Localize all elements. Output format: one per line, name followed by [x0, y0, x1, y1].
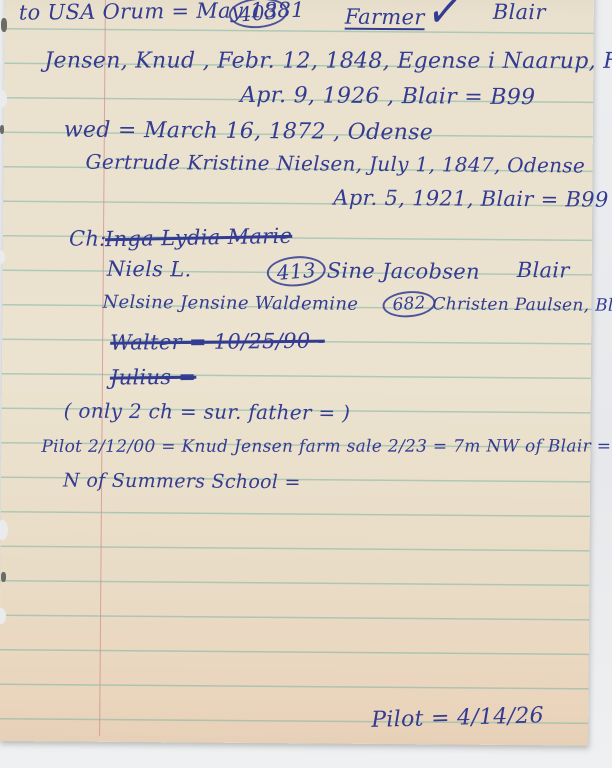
children-label: Ch: [69, 227, 107, 251]
occupation: Farmer [345, 5, 425, 30]
child-struck-walter: Walter = 10/25/90 - [110, 329, 325, 355]
child2-name: Nelsine Jensine Waldemine [102, 292, 358, 315]
record-number-circled: 403 [229, 0, 288, 28]
child1-town: Blair [517, 258, 570, 282]
child1-spouse: Sine Jacobsen [327, 259, 480, 284]
child1-number: 413 [266, 254, 327, 289]
binder-mark [0, 125, 4, 134]
child2-number: 682 [382, 289, 437, 319]
binder-mark [1, 572, 6, 582]
binder-mark [1, 18, 7, 32]
child2-number-circled: 682 [382, 290, 436, 317]
record-number: 403 [228, 0, 289, 30]
ledger-page: to USA Orum = May 1881 403 Farmer ✓ Blai… [0, 0, 594, 746]
child-struck-julius: Julius = [110, 365, 197, 390]
ruled-lines [0, 0, 594, 740]
farm-sale-note-line1: Pilot 2/12/00 = Knud Jensen farm sale 2/… [41, 436, 612, 457]
footer-obituary-note: Pilot = 4/14/26 [371, 703, 544, 733]
child1-number-circled: 413 [267, 256, 326, 286]
child1-name: Niels L. [107, 257, 192, 282]
child-struck-inga: Inga Lydia Marie [105, 224, 293, 251]
spouse-death: Apr. 5, 1921, Blair = B99 [333, 186, 608, 212]
marriage-date: wed = March 16, 1872 , Odense [64, 117, 433, 145]
subject-death: Apr. 9, 1926 , Blair = B99 [240, 83, 535, 110]
farm-sale-note-line2: N of Summers School = [63, 469, 301, 493]
spouse-name-birth: Gertrude Kristine Nielsen, July 1, 1847,… [86, 150, 586, 178]
child2-spouse: Christen Paulsen, Bla. [432, 294, 612, 316]
residence-town: Blair [493, 0, 546, 24]
subject-name-birth: Jensen, Knud , Febr. 12, 1848, Egense i … [44, 48, 612, 74]
children-note: ( only 2 ch = sur. father = ) [64, 398, 351, 424]
